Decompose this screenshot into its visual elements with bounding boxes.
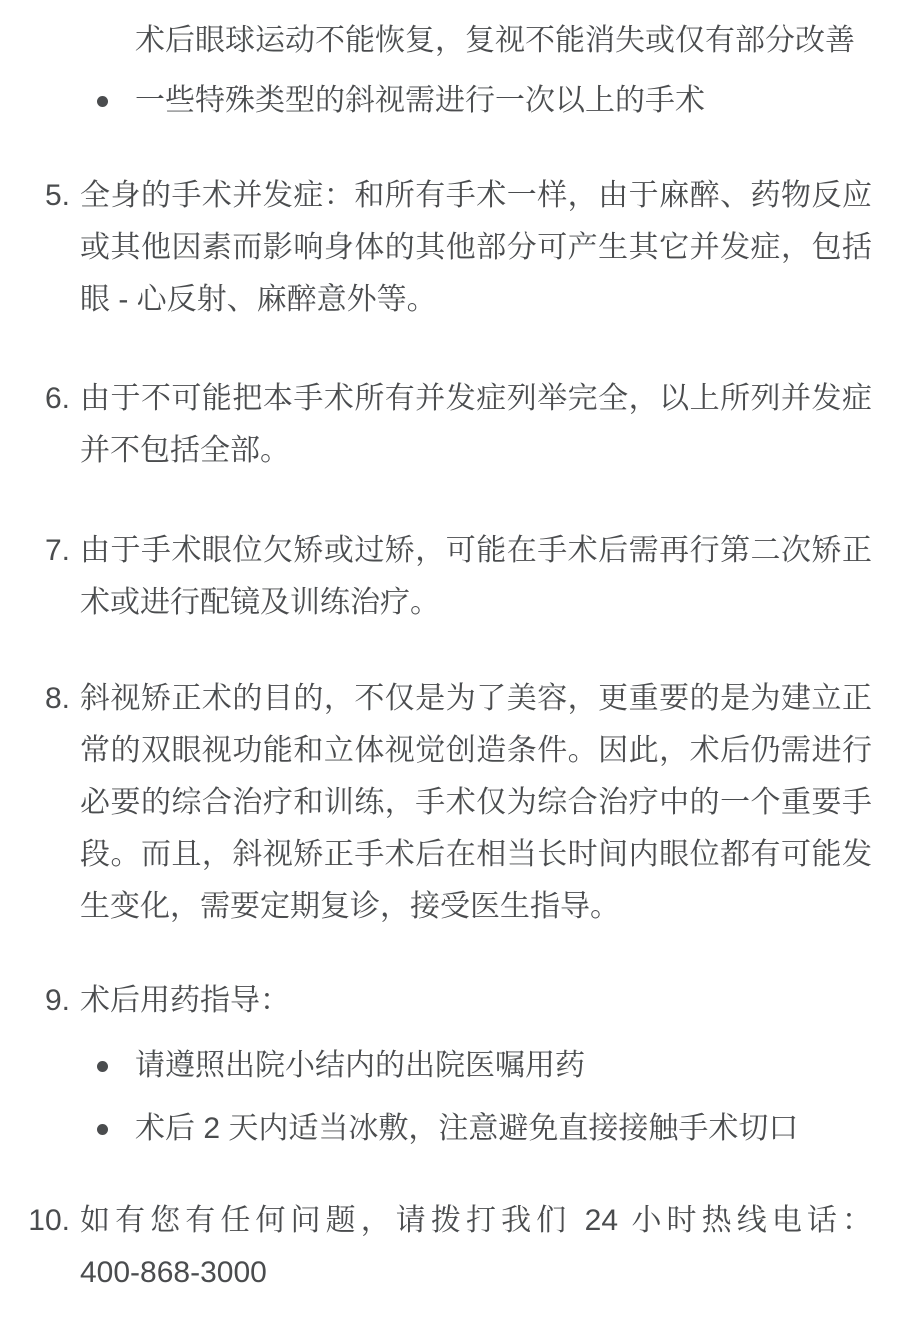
bullet-text: 一些特殊类型的斜视需进行一次以上的手术 (135, 84, 705, 117)
bullet-continuation-text: 术后眼球运动不能恢复，复视不能消失或仅有部分改善 (135, 15, 872, 67)
numbered-item-7: 7. 由于手术眼位欠矫或过矫，可能在手术后需再行第二次矫正术或进行配镜及训练治疗… (0, 525, 872, 629)
bullet-text: 请遵照出院小结内的出院医嘱用药 (135, 1049, 585, 1082)
bullet-dot-icon (97, 1061, 108, 1072)
consent-document-page: 术后眼球运动不能恢复，复视不能消失或仅有部分改善 一些特殊类型的斜视需进行一次以… (0, 0, 904, 1318)
item-text: 斜视矫正术的目的，不仅是为了美容，更重要的是为建立正常的双眼视功能和立体视觉创造… (80, 682, 872, 923)
numbered-item-8: 8. 斜视矫正术的目的，不仅是为了美容，更重要的是为建立正常的双眼视功能和立体视… (0, 673, 872, 933)
bullet-dot-icon (97, 96, 108, 107)
item-number: 7. (0, 525, 70, 577)
item-text: 全身的手术并发症：和所有手术一样，由于麻醉、药物反应或其他因素而影响身体的其他部… (80, 179, 872, 316)
item-text: 由于手术眼位欠矫或过矫，可能在手术后需再行第二次矫正术或进行配镜及训练治疗。 (80, 534, 872, 619)
list-item: 术后 2 天内适当冰敷，注意避免直接接触手术切口 (80, 1103, 872, 1155)
numbered-item-5: 5. 全身的手术并发症：和所有手术一样，由于麻醉、药物反应或其他因素而影响身体的… (0, 170, 872, 326)
bullet-dot-icon (97, 1124, 108, 1135)
numbered-item-6: 6. 由于不可能把本手术所有并发症列举完全，以上所列并发症并不包括全部。 (0, 373, 872, 477)
item-text: 术后用药指导： (80, 984, 290, 1017)
item-text: 由于不可能把本手术所有并发症列举完全，以上所列并发症并不包括全部。 (80, 382, 872, 467)
numbered-item-10: 10. 如有您有任何问题，请拨打我们 24 小时热线电话： 400-868-30… (0, 1195, 872, 1299)
numbered-item-9: 9. 术后用药指导： 请遵照出院小结内的出院医嘱用药 术后 2 天内适当冰敷，注… (0, 975, 872, 1155)
list-item: 请遵照出院小结内的出院医嘱用药 (80, 1040, 872, 1092)
item-number: 8. (0, 673, 70, 725)
item-number: 5. (0, 170, 70, 222)
item-number: 6. (0, 373, 70, 425)
item-number: 9. (0, 975, 70, 1027)
item-number: 10. (0, 1195, 70, 1247)
bullet-text: 术后 2 天内适当冰敷，注意避免直接接触手术切口 (135, 1112, 798, 1145)
item-text: 如有您有任何问题，请拨打我们 24 小时热线电话： (80, 1195, 872, 1247)
list-item: 一些特殊类型的斜视需进行一次以上的手术 (0, 75, 872, 127)
hotline-phone-number: 400-868-3000 (80, 1247, 872, 1299)
